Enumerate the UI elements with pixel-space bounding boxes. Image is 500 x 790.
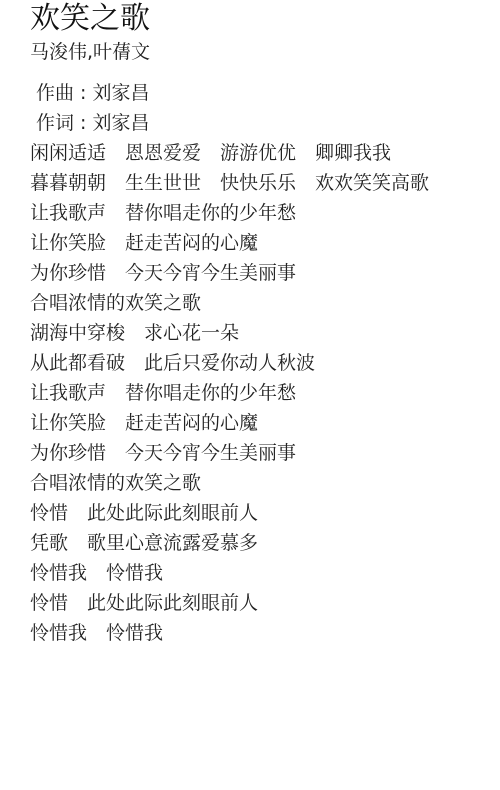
composer-credit: 作曲 : 刘家昌 xyxy=(30,78,500,108)
lyric-line: 让你笑脸 赶走苦闷的心魔 xyxy=(30,228,500,258)
lyrics-list: 闲闲适适 恩恩爱爱 游游优优 卿卿我我 暮暮朝朝 生生世世 快快乐乐 欢欢笑笑高… xyxy=(30,138,500,648)
lyric-line: 合唱浓情的欢笑之歌 xyxy=(30,468,500,498)
lyric-line: 湖海中穿梭 求心花一朵 xyxy=(30,318,500,348)
lyric-line: 怜惜我 怜惜我 xyxy=(30,618,500,648)
lyric-line: 怜惜 此处此际此刻眼前人 xyxy=(30,588,500,618)
lyric-line: 暮暮朝朝 生生世世 快快乐乐 欢欢笑笑高歌 xyxy=(30,168,500,198)
lyric-line: 怜惜我 怜惜我 xyxy=(30,558,500,588)
lyric-line: 凭歌 歌里心意流露爱慕多 xyxy=(30,528,500,558)
song-artist: 马浚伟,叶蒨文 xyxy=(30,38,500,66)
credits: 作曲 : 刘家昌 作词 : 刘家昌 xyxy=(30,78,500,138)
song-title: 欢笑之歌 xyxy=(30,0,500,38)
lyric-line: 怜惜 此处此际此刻眼前人 xyxy=(30,498,500,528)
lyric-line: 从此都看破 此后只爱你动人秋波 xyxy=(30,348,500,378)
lyric-line: 闲闲适适 恩恩爱爱 游游优优 卿卿我我 xyxy=(30,138,500,168)
lyric-line: 让我歌声 替你唱走你的少年愁 xyxy=(30,378,500,408)
lyricist-credit: 作词 : 刘家昌 xyxy=(30,108,500,138)
lyrics-page: 欢笑之歌 马浚伟,叶蒨文 作曲 : 刘家昌 作词 : 刘家昌 闲闲适适 恩恩爱爱… xyxy=(30,0,500,648)
lyric-line: 让你笑脸 赶走苦闷的心魔 xyxy=(30,408,500,438)
lyric-line: 为你珍惜 今天今宵今生美丽事 xyxy=(30,258,500,288)
lyric-line: 为你珍惜 今天今宵今生美丽事 xyxy=(30,438,500,468)
lyric-line: 合唱浓情的欢笑之歌 xyxy=(30,288,500,318)
lyric-line: 让我歌声 替你唱走你的少年愁 xyxy=(30,198,500,228)
